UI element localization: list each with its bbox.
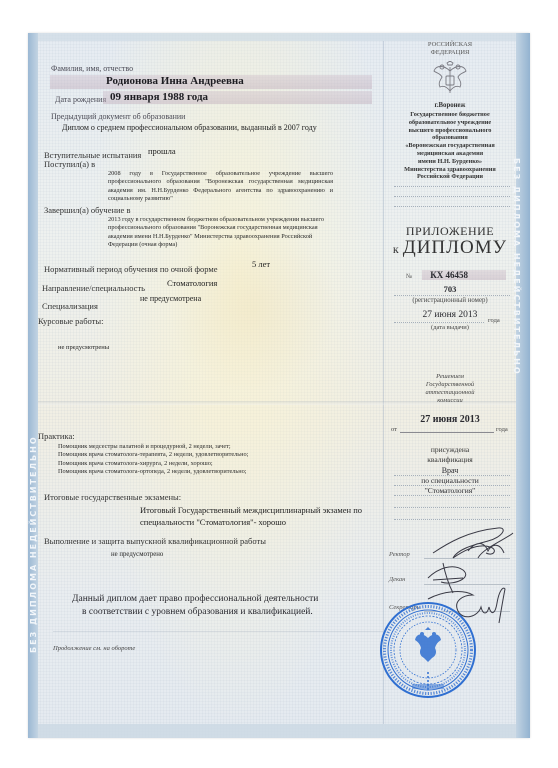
double-headed-eagle-icon [430,61,470,97]
thesis-label: Выполнение и защита выпускной квалификац… [44,536,266,546]
period-label: Нормативный период обучения по очной фор… [44,264,218,274]
institution-line: образовательное учреждение [384,119,516,127]
awarded-line: присуждена [384,445,516,455]
commission-from: от [391,426,397,433]
issue-year-suffix: года [488,317,500,324]
full-name-label: Фамилия, имя, отчество [51,64,133,73]
continued-note: Продолжение см. на обороте [53,645,135,652]
institution-line: «Воронежская государственная [384,142,516,150]
rights-line1: Данный диплом дает право профессионально… [72,594,318,604]
issue-date-label: (дата выдачи) [384,324,516,331]
diploma-number-row: № КХ 46458 [406,265,516,283]
city: г.Воронеж [384,102,516,109]
rector-label: Ректор [389,551,410,558]
practice-item: Помощник врача стоматолога-терапевта, 2 … [58,451,248,459]
institution-line: Государственное бюджетное [384,111,516,119]
rights-line2: в соответствии с уровнем образования и к… [82,607,313,617]
birth-date-value: 09 января 1988 года [110,91,208,103]
qualification: Врач [384,466,516,475]
institution-line: образования [384,134,516,142]
practice-item: Помощник врача стоматолога-ортопеда, 2 н… [58,468,248,476]
commission-line: Решением [384,373,516,381]
dean-label: Декан [389,576,405,583]
coursework-label: Курсовые работы: [38,316,103,326]
institution-line: имени Н.Н. Бурденко» [384,158,516,166]
prev-doc-value: Диплом о среднем профессиональном образо… [62,123,317,132]
title-diploma: ДИПЛОМУ [403,237,507,258]
entrance-value: прошла [148,146,176,156]
commission-year-suffix: года [496,426,508,433]
diploma-number: КХ 46458 [422,270,506,280]
practice-item: Помощник врача стоматолога-хирурга, 2 не… [58,460,248,468]
awarded-line: квалификация [384,455,516,465]
practice-label: Практика: [38,431,75,441]
institution-line: Российской Федерации [384,173,516,181]
country-line2: ФЕДЕРАЦИЯ [384,49,516,56]
specialty-label: Направление/специальность [42,283,145,293]
final-exams-line2: специальности "Стоматология"- хорошо [140,517,286,527]
bottom-section-divider [53,631,383,632]
qualification-specialty: "Стоматология" [384,486,516,495]
institution-line: медицинская академия [384,150,516,158]
commission-line: аттестационной [384,389,516,397]
official-seal-stamp [378,600,478,700]
completed-label: Завершил(а) обучение в [44,205,130,215]
coursework-value: не предусмотрены [58,344,109,351]
full-name-value: Родионова Инна Андреевна [106,75,244,87]
institution-line: Министерства здравоохранения [384,166,516,174]
enrolled-value: 2008 году в Государственное образователь… [108,170,333,203]
reg-number-label: (регистрационный номер) [384,297,516,304]
specialization-label: Специализация [42,301,98,311]
enrolled-label: Поступил(а) в [44,159,95,169]
commission-line: комиссии [384,397,516,405]
commission-date: 27 июня 2013 [384,414,516,425]
commission-line: Государственной [384,381,516,389]
specialty-value: Стоматология [167,278,217,288]
period-value: 5 лет [252,259,270,269]
thesis-value: не предусмотрено [111,551,163,558]
number-sign: № [406,273,412,280]
institution-name: Государственное бюджетное образовательно… [384,111,516,181]
left-margin-text: БЕЗ ДИПЛОМА НЕДЕЙСТВИТЕЛЬНО [29,435,38,653]
specialization-value: не предусмотрена [140,294,201,303]
practice-list: Помощник медсестры палатной и процедурно… [58,443,248,476]
completed-value: 2013 году в государственном бюджетном об… [108,216,333,249]
prev-doc-label: Предыдущий документ об образовании [51,112,185,121]
by-specialty: по специальности [384,476,516,485]
institution-line: высшего профессионального [384,127,516,135]
country-line1: РОССИЙСКАЯ [384,41,516,48]
bottom-border [28,724,530,738]
practice-item: Помощник медсестры палатной и процедурно… [58,443,248,451]
commission-block: Решением Государственной аттестационной … [384,373,516,405]
right-border-band [516,33,530,738]
title-line2: к ДИПЛОМУ [384,237,516,259]
top-border [28,33,530,41]
final-exams-line1: Итоговый Государственный междисциплинарн… [140,505,362,515]
title-prefix: к [393,242,399,256]
final-exams-label: Итоговые государственные экзамены: [44,492,181,502]
birth-date-label: Дата рождения [55,95,106,104]
awarded-block: присуждена квалификация [384,445,516,465]
reg-number: 703 [384,284,516,294]
seal-eagle-icon [415,627,441,662]
